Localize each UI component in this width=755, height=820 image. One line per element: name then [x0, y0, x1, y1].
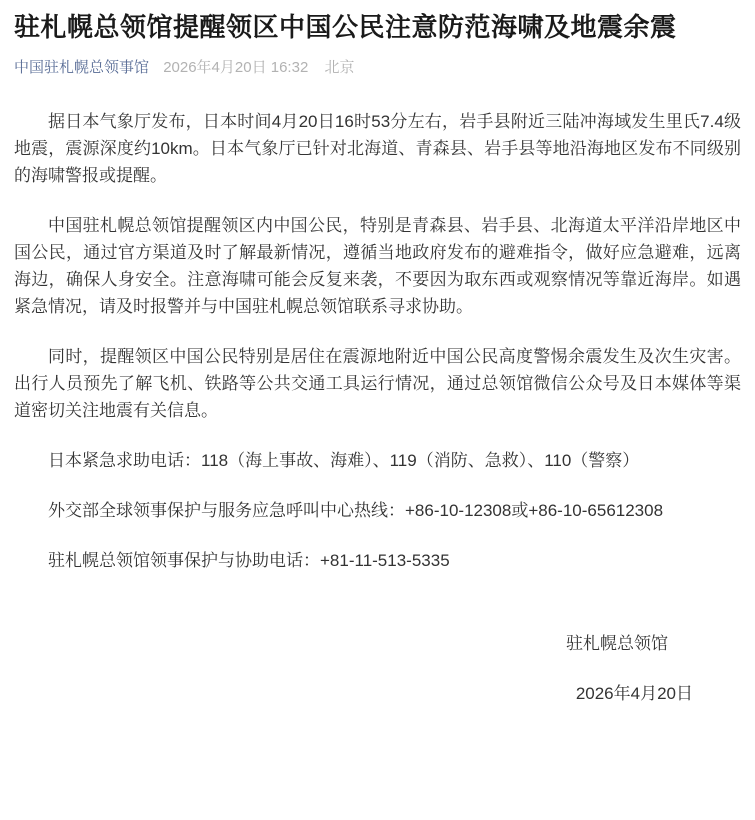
article-meta: 中国驻札幌总领事馆 2026年4月20日 16:32 北京	[14, 58, 741, 78]
publish-datetime: 2026年4月20日 16:32	[163, 59, 308, 76]
article-page: 驻札幌总领馆提醒领区中国公民注意防范海啸及地震余震 中国驻札幌总领事馆 2026…	[0, 0, 755, 820]
paragraph-earthquake-report: 据日本气象厅发布，日本时间4月20日16时53分左右，岩手县附近三陆冲海域发生里…	[14, 108, 741, 189]
publish-location: 北京	[324, 59, 354, 76]
signature-date: 2026年4月20日	[14, 680, 741, 707]
article-title: 驻札幌总领馆提醒领区中国公民注意防范海啸及地震余震	[14, 0, 741, 44]
paragraph-mfa-hotline: 外交部全球领事保护与服务应急呼叫中心热线：+86-10-12308或+86-10…	[14, 497, 741, 524]
article-body: 据日本气象厅发布，日本时间4月20日16时53分左右，岩手县附近三陆冲海域发生里…	[14, 108, 741, 707]
account-name-link[interactable]: 中国驻札幌总领事馆	[14, 59, 149, 76]
paragraph-japan-emergency-numbers: 日本紧急求助电话：118（海上事故、海难）、119（消防、急救）、110（警察）	[14, 447, 741, 474]
paragraph-aftershock-advice: 同时，提醒领区中国公民特别是居住在震源地附近中国公民高度警惕余震发生及次生灾害。…	[14, 343, 741, 424]
paragraph-consulate-hotline: 驻札幌总领馆领事保护与协助电话：+81-11-513-5335	[14, 547, 741, 574]
paragraph-tsunami-advice: 中国驻札幌总领馆提醒领区内中国公民，特别是青森县、岩手县、北海道太平洋沿岸地区中…	[14, 212, 741, 320]
signature-name: 驻札幌总领馆	[14, 630, 741, 657]
